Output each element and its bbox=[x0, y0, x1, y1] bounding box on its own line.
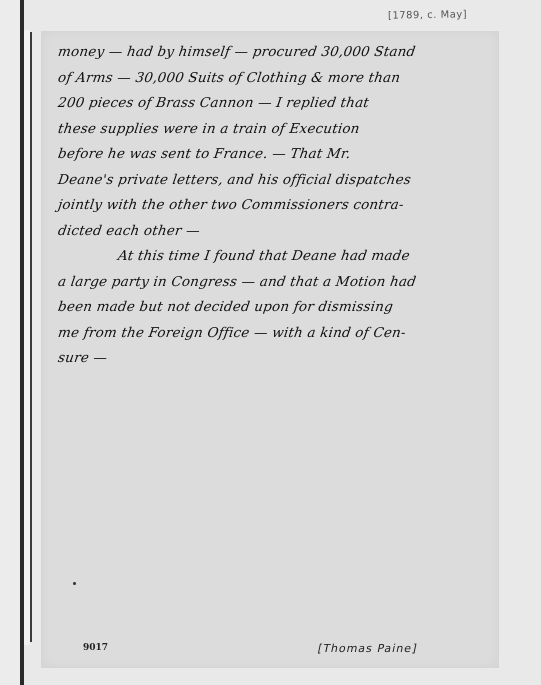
manuscript-line: At this time I found that Deane had made bbox=[56, 244, 500, 270]
manuscript-line: sure — bbox=[56, 346, 500, 372]
manuscript-text: money — had by himself — procured 30,000… bbox=[58, 40, 498, 372]
binding-line bbox=[30, 32, 32, 642]
manuscript-line: dicted each other — bbox=[56, 219, 500, 245]
manuscript-line: of Arms — 30,000 Suits of Clothing & mor… bbox=[56, 66, 500, 92]
manuscript-line: 200 pieces of Brass Cannon — I replied t… bbox=[56, 91, 500, 117]
manuscript-line: money — had by himself — procured 30,000… bbox=[56, 40, 500, 66]
manuscript-line: these supplies were in a train of Execut… bbox=[56, 117, 500, 143]
manuscript-line: a large party in Congress — and that a M… bbox=[56, 270, 500, 296]
ink-speck bbox=[73, 582, 76, 585]
item-number: 9017 bbox=[83, 643, 108, 653]
manuscript-line: before he was sent to France. — That Mr. bbox=[56, 142, 500, 168]
manuscript-line: been made but not decided upon for dismi… bbox=[56, 295, 500, 321]
author-attribution: [Thomas Paine] bbox=[317, 642, 419, 655]
manuscript-line: Deane's private letters, and his officia… bbox=[56, 168, 500, 194]
date-annotation: [1789, c. May] bbox=[388, 9, 467, 21]
manuscript-line: me from the Foreign Office — with a kind… bbox=[56, 321, 500, 347]
manuscript-line: jointly with the other two Commissioners… bbox=[56, 193, 500, 219]
